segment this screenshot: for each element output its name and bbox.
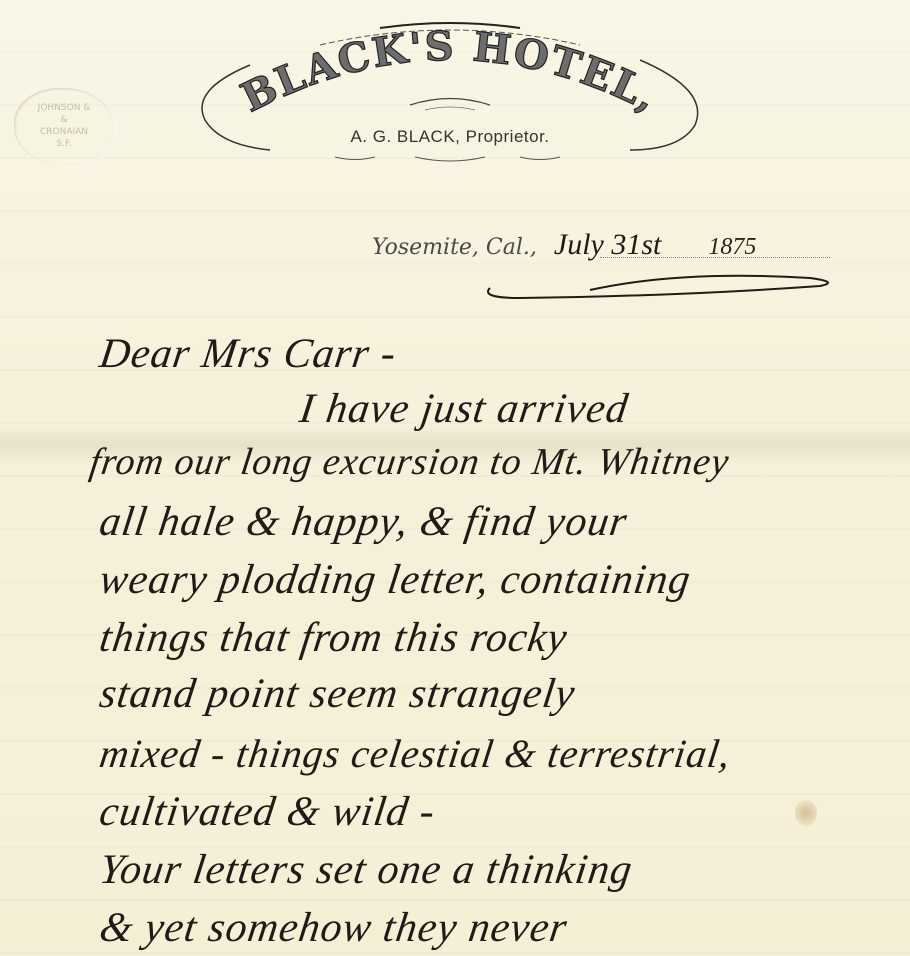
date-dotted-rule — [600, 257, 830, 258]
letter-line: things that from this rocky — [97, 614, 571, 662]
paper-stain — [795, 800, 817, 826]
letter-line: cultivated & wild - — [97, 788, 439, 836]
letter-line: mixed - things celestial & terrestrial, — [97, 730, 734, 777]
letter-line: all hale & happy, & find your — [97, 498, 631, 546]
letter-line: weary plodding letter, containing — [97, 556, 694, 604]
letter-line: stand point seem strangely — [97, 670, 579, 718]
salutation: Dear Mrs Carr - — [97, 330, 400, 378]
letter-line: & yet somehow they never — [97, 904, 571, 952]
embossed-stationer-stamp: JOHNSON & & CRONAIAN S.F. — [14, 88, 114, 166]
proprietor-line: A. G. BLACK, Proprietor. — [190, 127, 710, 147]
emboss-line: & — [14, 114, 114, 126]
emboss-line: JOHNSON & — [14, 102, 114, 114]
place-text: Yosemite, Cal., — [372, 235, 537, 260]
letterhead: BLACK'S HOTEL, A. G. BLACK, Proprietor. — [190, 10, 710, 170]
emboss-line: S.F. — [14, 138, 114, 150]
letter-line: from our long excursion to Mt. Whitney — [87, 440, 732, 484]
date-underline-flourish-icon — [480, 270, 840, 310]
emboss-line: CRONAIAN — [14, 126, 114, 138]
letter-line: Your letters set one a thinking — [97, 846, 636, 894]
letter-line: I have just arrived — [297, 385, 632, 433]
